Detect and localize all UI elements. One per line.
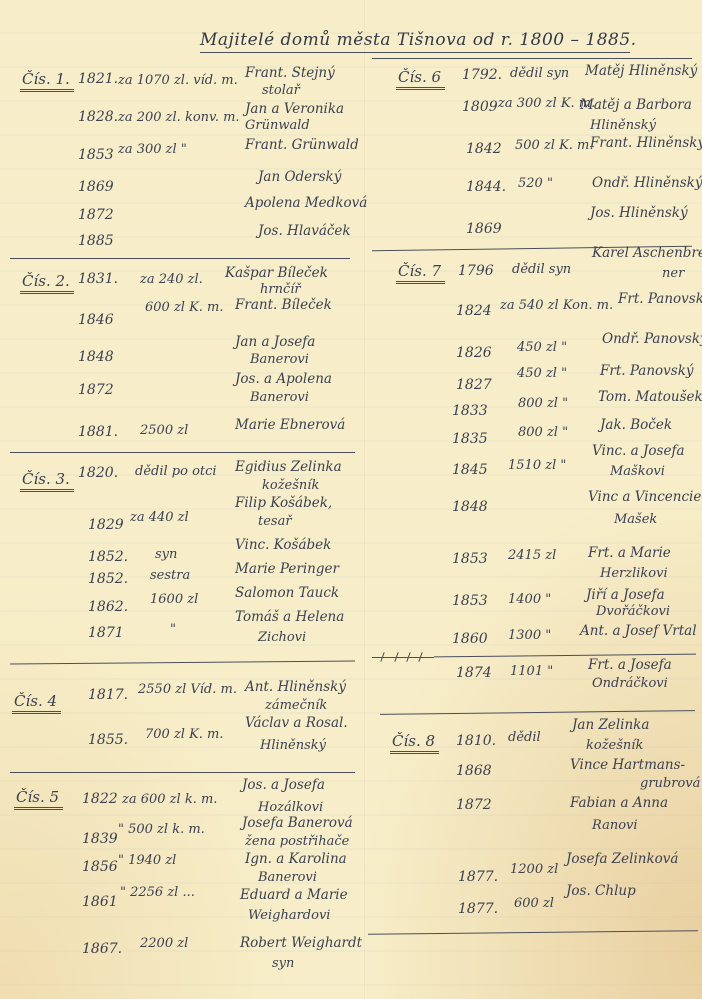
entry-note: zámečník	[265, 698, 327, 713]
entry-note: Zichovi	[258, 630, 306, 645]
entry-price: " 1940 zl	[118, 853, 176, 868]
entry-note: Banerovi	[250, 352, 309, 367]
entry-year: 1853	[452, 594, 488, 609]
entry-owner: Ondř. Hliněnský	[592, 176, 702, 191]
entry-price: dědil syn	[510, 66, 569, 81]
entry-year: 1833	[452, 404, 488, 419]
entry-price: 600 zl	[514, 896, 554, 911]
entry-note: žena postřihače	[245, 834, 349, 849]
entry-year: 1855.	[88, 733, 128, 748]
entry-price: za 200 zl. konv. m.	[118, 110, 240, 125]
entry-year: 1877.	[458, 870, 498, 885]
entry-owner: Matěj a Barbora	[580, 98, 692, 113]
section-divider	[10, 660, 355, 664]
entry-price: 450 zl "	[517, 340, 567, 355]
entry-note: Maškovi	[610, 464, 665, 479]
entry-price: za 300 zl "	[118, 142, 187, 157]
entry-year: 1848	[78, 350, 114, 365]
entry-price: 1200 zl	[510, 862, 558, 877]
entry-year: 1810.	[456, 734, 496, 749]
entry-owner: Frt. a Josefa	[588, 658, 672, 673]
entry-year: 1831.	[78, 272, 118, 287]
entry-owner: Josefa Zelinková	[566, 852, 678, 867]
entry-year: 1821.	[78, 72, 118, 87]
entry-owner: Jos. Hliněnský	[590, 206, 688, 221]
section-divider	[380, 710, 695, 715]
entry-owner: Jan a Josefa	[235, 335, 315, 350]
entry-owner: Frant. Bíleček	[235, 298, 332, 313]
entry-year: 1848	[452, 500, 488, 515]
house-label-6: Čís. 6	[396, 68, 445, 90]
entry-owner: Egidius Zelinka	[235, 460, 342, 475]
entry-owner: Jan Oderský	[258, 170, 341, 185]
entry-owner: Eduard a Marie	[240, 888, 348, 903]
entry-year: 1828.	[78, 110, 118, 125]
entry-price: za 540 zl Kon. m.	[500, 298, 613, 313]
entry-owner: Vince Hartmans-	[570, 758, 685, 773]
entry-year: 1860	[452, 632, 488, 647]
entry-year: 1829	[88, 518, 124, 533]
entry-price: 1101 "	[510, 664, 553, 679]
entry-year: 1861	[82, 895, 118, 910]
entry-owner: Jak. Boček	[600, 418, 672, 433]
entry-owner: Tomáš a Helena	[235, 610, 344, 625]
entry-year: 1885	[78, 234, 114, 249]
entry-year: 1862.	[88, 600, 128, 615]
entry-price: dědil po otci	[135, 464, 217, 479]
entry-year: 1846	[78, 313, 114, 328]
entry-owner: Jiří a Josefa	[586, 588, 665, 603]
entry-owner: Ondř. Panovský	[602, 332, 702, 347]
entry-price: 800 zl "	[518, 425, 568, 440]
house-label-8: Čís. 8	[390, 732, 439, 754]
entry-owner: Kašpar Bíleček	[225, 266, 328, 281]
entry-owner: Salomon Tauck	[235, 586, 339, 601]
entry-note: Herzlikovi	[600, 566, 668, 581]
entry-year: 1822	[82, 792, 118, 807]
entry-year: 1796	[458, 264, 494, 279]
section-divider	[372, 58, 692, 59]
entry-year: 1881.	[78, 425, 118, 440]
entry-owner: Apolena Medková	[245, 196, 367, 211]
entry-owner: Ign. a Karolina	[245, 852, 347, 867]
entry-year: 1869	[78, 180, 114, 195]
entry-price: dědil syn	[512, 262, 571, 277]
entry-price: 2500 zl	[140, 423, 188, 438]
entry-note: grubrová	[640, 776, 700, 791]
document-page: Majitelé domů města Tišnova od r. 1800 –…	[0, 0, 702, 999]
entry-price: " 500 zl k. m.	[118, 822, 205, 837]
entry-year: 1842	[466, 142, 502, 157]
entry-price: 1400 "	[508, 592, 551, 607]
entry-note: kožešník	[586, 738, 643, 753]
entry-owner: Frant. Grünwald	[245, 138, 359, 153]
section-divider	[10, 258, 350, 259]
entry-year: 1820.	[78, 466, 118, 481]
entry-year: 1868	[456, 764, 492, 779]
entry-price: dědil	[508, 730, 541, 745]
entry-year: 1871	[88, 626, 124, 641]
entry-note: hrnčíř	[260, 282, 301, 297]
entry-note: kožešník	[262, 478, 319, 493]
entry-owner: Jan a Veronika	[245, 102, 344, 117]
entry-price: za 240 zl.	[140, 272, 203, 287]
entry-owner: Vinc a Vincencie	[588, 490, 701, 505]
entry-price: za 1070 zl. víd. m.	[118, 73, 238, 88]
entry-price: za 600 zl k. m.	[122, 792, 217, 807]
entry-price: 700 zl K. m.	[145, 727, 224, 742]
house-label-3: Čís. 3.	[20, 470, 74, 492]
entry-price: 2200 zl	[140, 936, 188, 951]
entry-note: Ranovi	[592, 818, 638, 833]
entry-note: Mašek	[614, 512, 657, 527]
entry-price: "	[170, 622, 176, 637]
house-label-4: Čís. 4	[12, 692, 61, 714]
entry-owner: Tom. Matoušek	[598, 390, 702, 405]
entry-owner: Frant. Hliněnský	[590, 136, 702, 151]
entry-year: 1792.	[462, 68, 502, 83]
entry-owner: Ant. Hliněnský	[245, 680, 346, 695]
entry-note: Grünwald	[245, 118, 310, 133]
entry-note: Dvořáčkovi	[596, 604, 670, 619]
entry-owner: Marie Ebnerová	[235, 418, 345, 433]
entry-price: 800 zl "	[518, 396, 568, 411]
entry-price: syn	[155, 547, 177, 562]
entry-owner: Ant. a Josef Vrtal	[580, 624, 697, 639]
section-divider	[10, 452, 355, 453]
entry-price: 1600 zl	[150, 592, 198, 607]
section-divider	[368, 930, 698, 934]
entry-owner: Karel Aschenbren-	[592, 246, 702, 261]
entry-price: 1510 zl "	[508, 458, 566, 473]
entry-year: 1872	[456, 798, 492, 813]
entry-year: 1844.	[466, 180, 506, 195]
entry-note: Banerovi	[258, 870, 317, 885]
entry-year: 1809	[462, 100, 498, 115]
entry-owner: Jos. a Apolena	[235, 372, 332, 387]
document-title: Majitelé domů města Tišnova od r. 1800 –…	[200, 30, 630, 53]
entry-year: 1817.	[88, 688, 128, 703]
entry-owner: Václav a Rosal.	[245, 716, 348, 731]
entry-year: 1835	[452, 432, 488, 447]
house-label-1: Čís. 1.	[20, 70, 74, 92]
entry-owner: Vinc. a Josefa	[592, 444, 685, 459]
entry-year: 1877.	[458, 902, 498, 917]
entry-note: Hliněnský	[260, 738, 326, 753]
entry-year: 1845	[452, 463, 488, 478]
entry-owner: Frt. Panovský	[600, 364, 694, 379]
entry-note: Weighardovi	[248, 908, 330, 923]
entry-note: Banerovi	[250, 390, 309, 405]
entry-year: 1853	[78, 148, 114, 163]
entry-year: 1867.	[82, 942, 122, 957]
entry-note: Ondráčkovi	[592, 676, 668, 691]
entry-note: ner	[662, 266, 684, 281]
entry-owner: Matěj Hliněnský	[585, 64, 697, 79]
entry-owner: Vinc. Košábek	[235, 538, 331, 553]
entry-owner: Josefa Banerová	[242, 816, 353, 831]
house-label-2: Čís. 2.	[20, 272, 74, 294]
entry-owner: Jan Zelinka	[572, 718, 649, 733]
entry-price: 2415 zl	[508, 548, 556, 563]
entry-owner: Robert Weighardt	[240, 936, 362, 951]
entry-price: 450 zl "	[517, 366, 567, 381]
entry-owner: Frt. a Marie	[588, 546, 671, 561]
entry-owner: Frant. Stejný	[245, 66, 335, 81]
entry-year: 1869	[466, 222, 502, 237]
entry-price: 1300 "	[508, 628, 551, 643]
entry-owner: Jos. Hlaváček	[258, 224, 351, 239]
entry-price: za 440 zl	[130, 510, 189, 525]
entry-year: 1852.	[88, 572, 128, 587]
entry-year: 1872	[78, 383, 114, 398]
entry-price: sestra	[150, 568, 190, 583]
entry-owner: Frt. Panovský	[618, 292, 702, 307]
entry-year: 1839	[82, 832, 118, 847]
entry-year: 1853	[452, 552, 488, 567]
house-label-5: Čís. 5	[14, 788, 63, 810]
entry-price: 2550 zl Víd. m.	[138, 682, 237, 697]
house-label-7: Čís. 7	[396, 262, 445, 284]
entry-note: Hliněnský	[590, 118, 656, 133]
page-fold-crease	[364, 0, 366, 999]
entry-year: 1856	[82, 860, 118, 875]
entry-year: 1874	[456, 666, 492, 681]
entry-year: 1827	[456, 378, 492, 393]
section-divider	[10, 772, 355, 773]
entry-year: 1824	[456, 304, 492, 319]
entry-note: syn	[272, 956, 294, 971]
entry-price: " 2256 zl ...	[120, 885, 195, 900]
entry-note: stolař	[262, 83, 300, 98]
entry-note: tesař	[258, 514, 292, 529]
entry-owner: Jos. a Josefa	[242, 778, 325, 793]
strike-mark	[372, 657, 434, 658]
entry-note: Hozálkovi	[258, 800, 323, 815]
entry-price: 600 zl K. m.	[145, 300, 224, 315]
entry-price: 500 zl K. m.	[515, 138, 594, 153]
entry-owner: Fabian a Anna	[570, 796, 668, 811]
entry-owner: Filip Košábek,	[235, 496, 332, 511]
entry-owner: Jos. Chlup	[566, 884, 636, 899]
entry-year: 1826	[456, 346, 492, 361]
entry-year: 1872	[78, 208, 114, 223]
entry-year: 1852.	[88, 550, 128, 565]
entry-price: 520 "	[518, 176, 553, 191]
entry-owner: Marie Peringer	[235, 562, 339, 577]
